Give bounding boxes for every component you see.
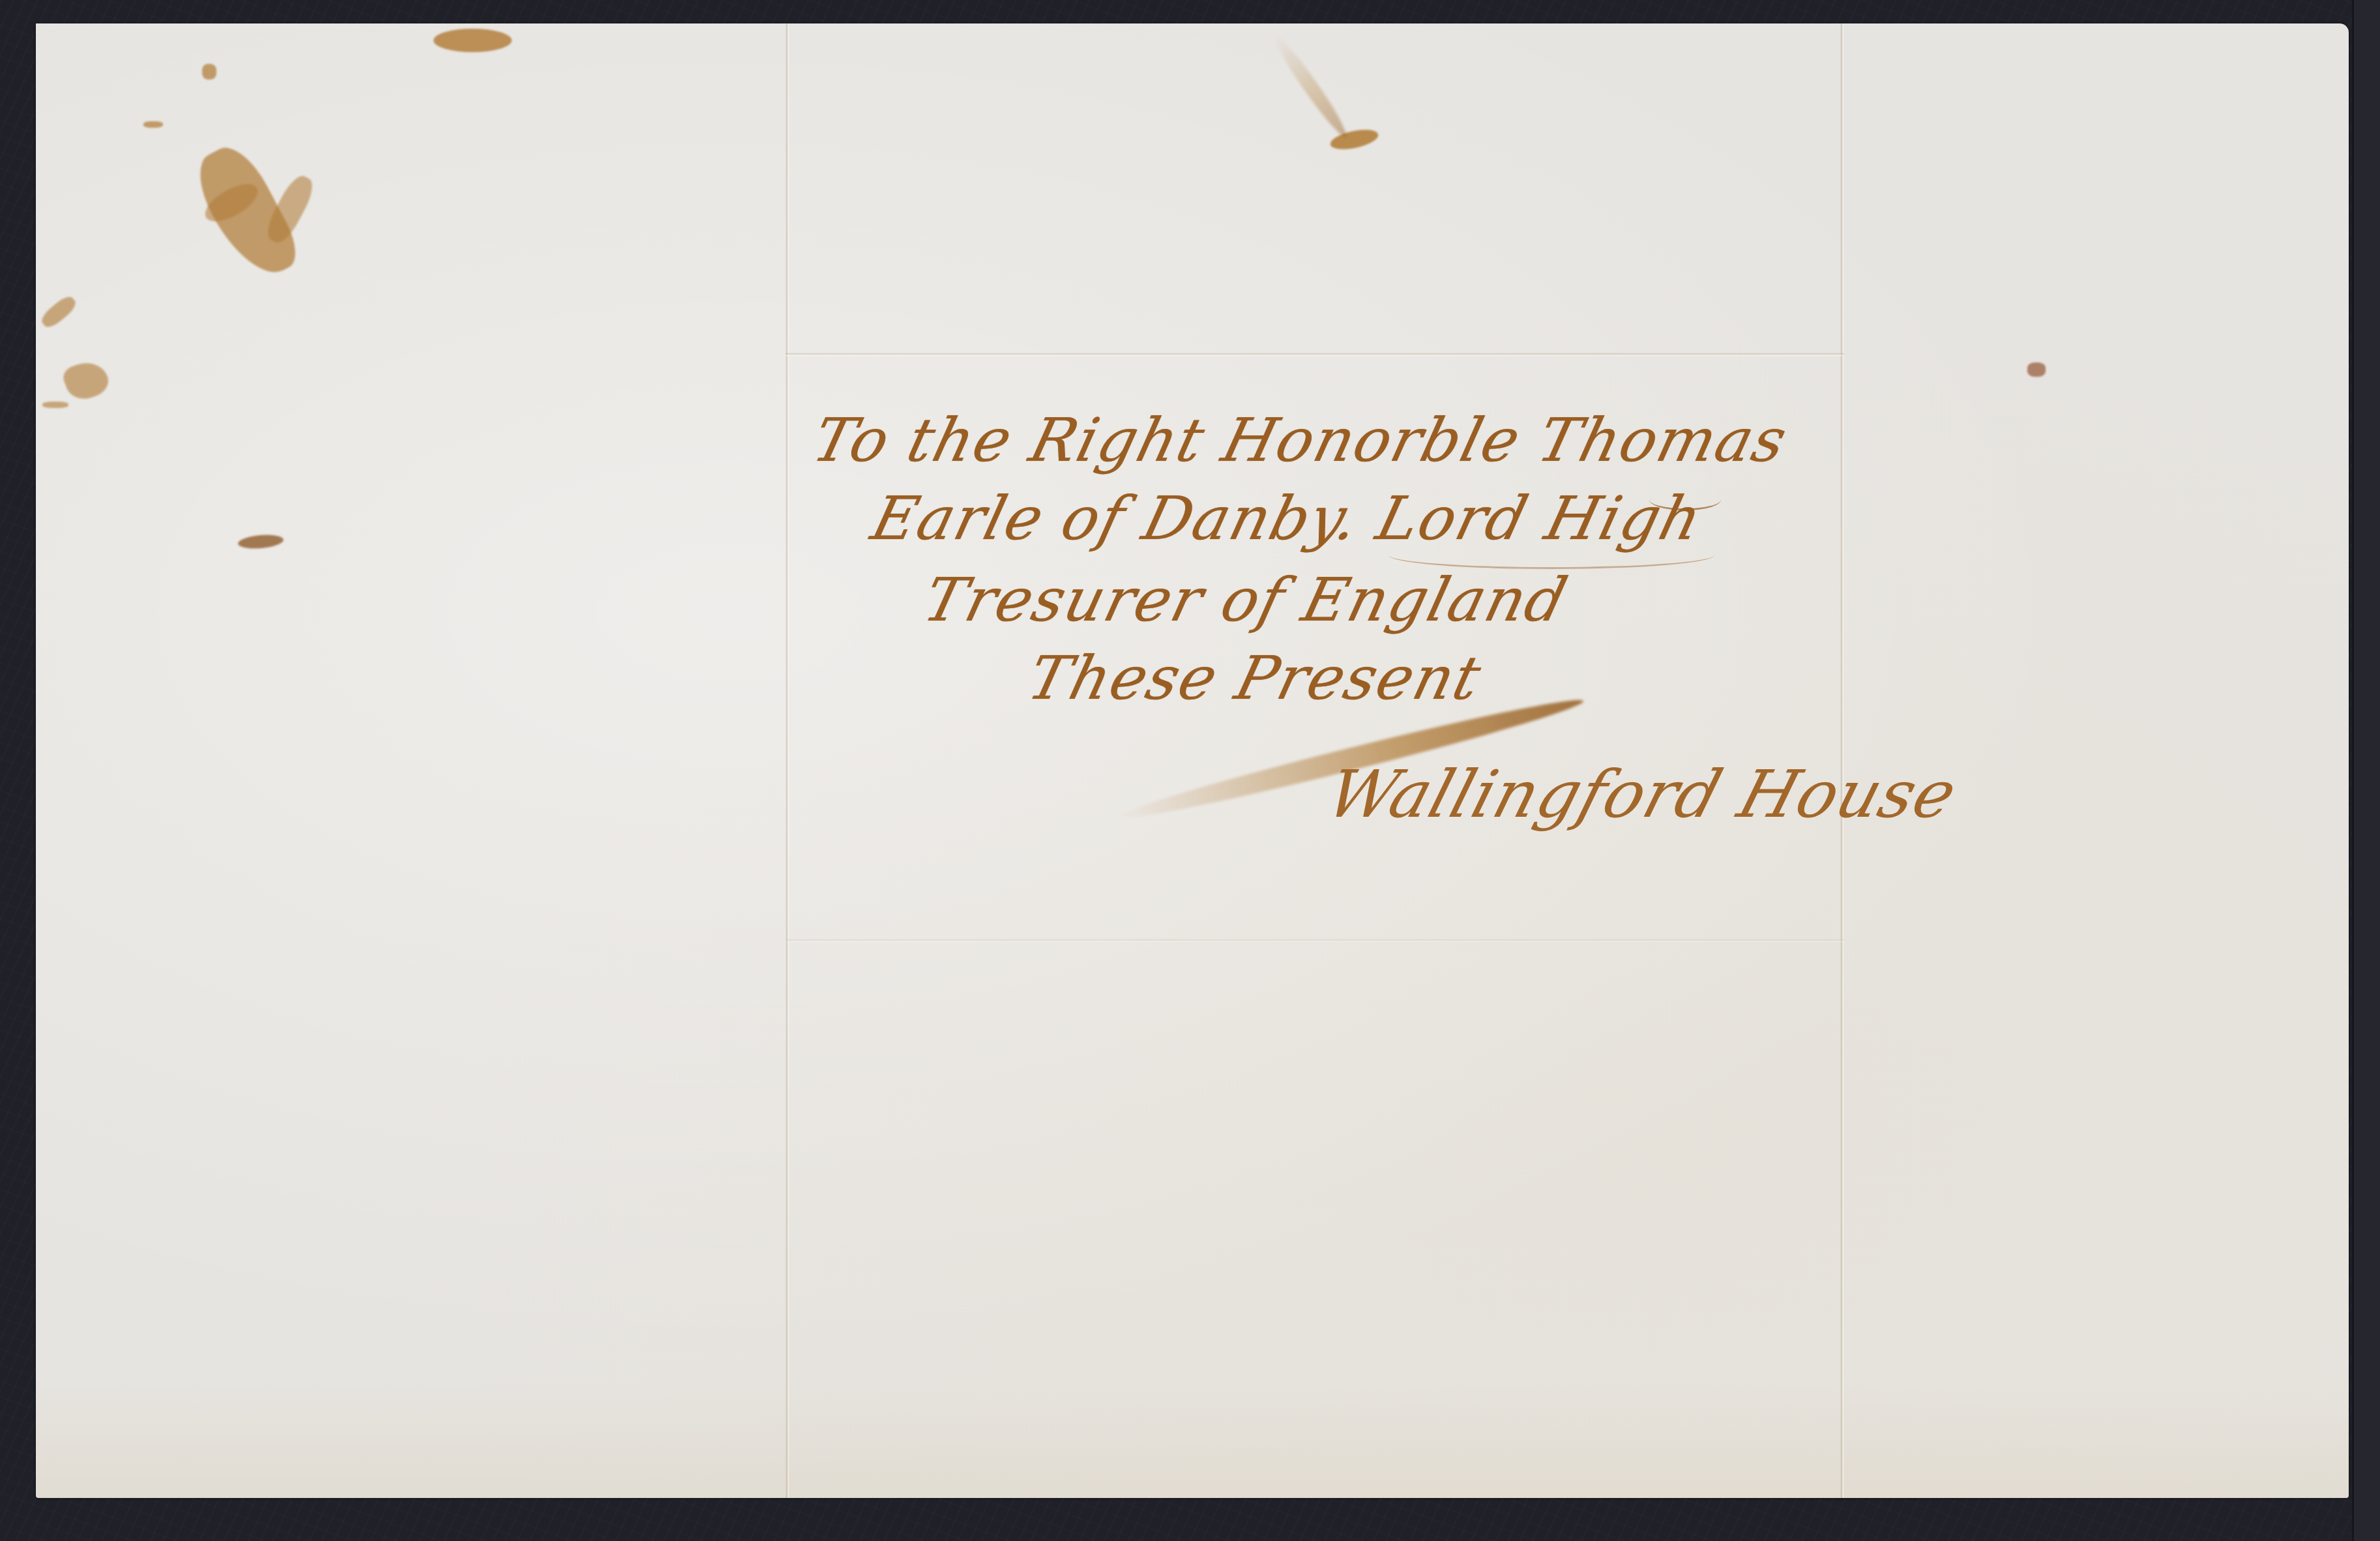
wax-stain <box>433 29 512 52</box>
address-line-2: Earle of Danby. Lord High <box>866 489 1709 549</box>
address-line-1: To the Right Honorble Thomas <box>808 411 1793 471</box>
address-line-4: These Present <box>1023 649 1488 709</box>
horizontal-fold-lower <box>786 939 1844 943</box>
ink-spot <box>2027 362 2046 377</box>
vertical-fold-left <box>786 23 789 1498</box>
horizontal-fold-upper <box>786 353 1844 357</box>
flourish-stroke <box>1649 489 1721 510</box>
wax-stain <box>61 357 113 405</box>
wax-stain <box>38 293 79 331</box>
ink-smear <box>1269 31 1351 141</box>
wax-stain <box>143 121 163 128</box>
wax-stain <box>42 402 68 408</box>
backing-board-edge <box>2352 0 2380 1541</box>
wax-stain <box>237 533 284 550</box>
address-line-3: Tresurer of England <box>918 570 1574 630</box>
location-line: Wallingford House <box>1319 756 1965 832</box>
letter-paper <box>36 23 2349 1498</box>
wax-stain <box>202 64 216 80</box>
underline-flourish <box>1388 541 1714 569</box>
